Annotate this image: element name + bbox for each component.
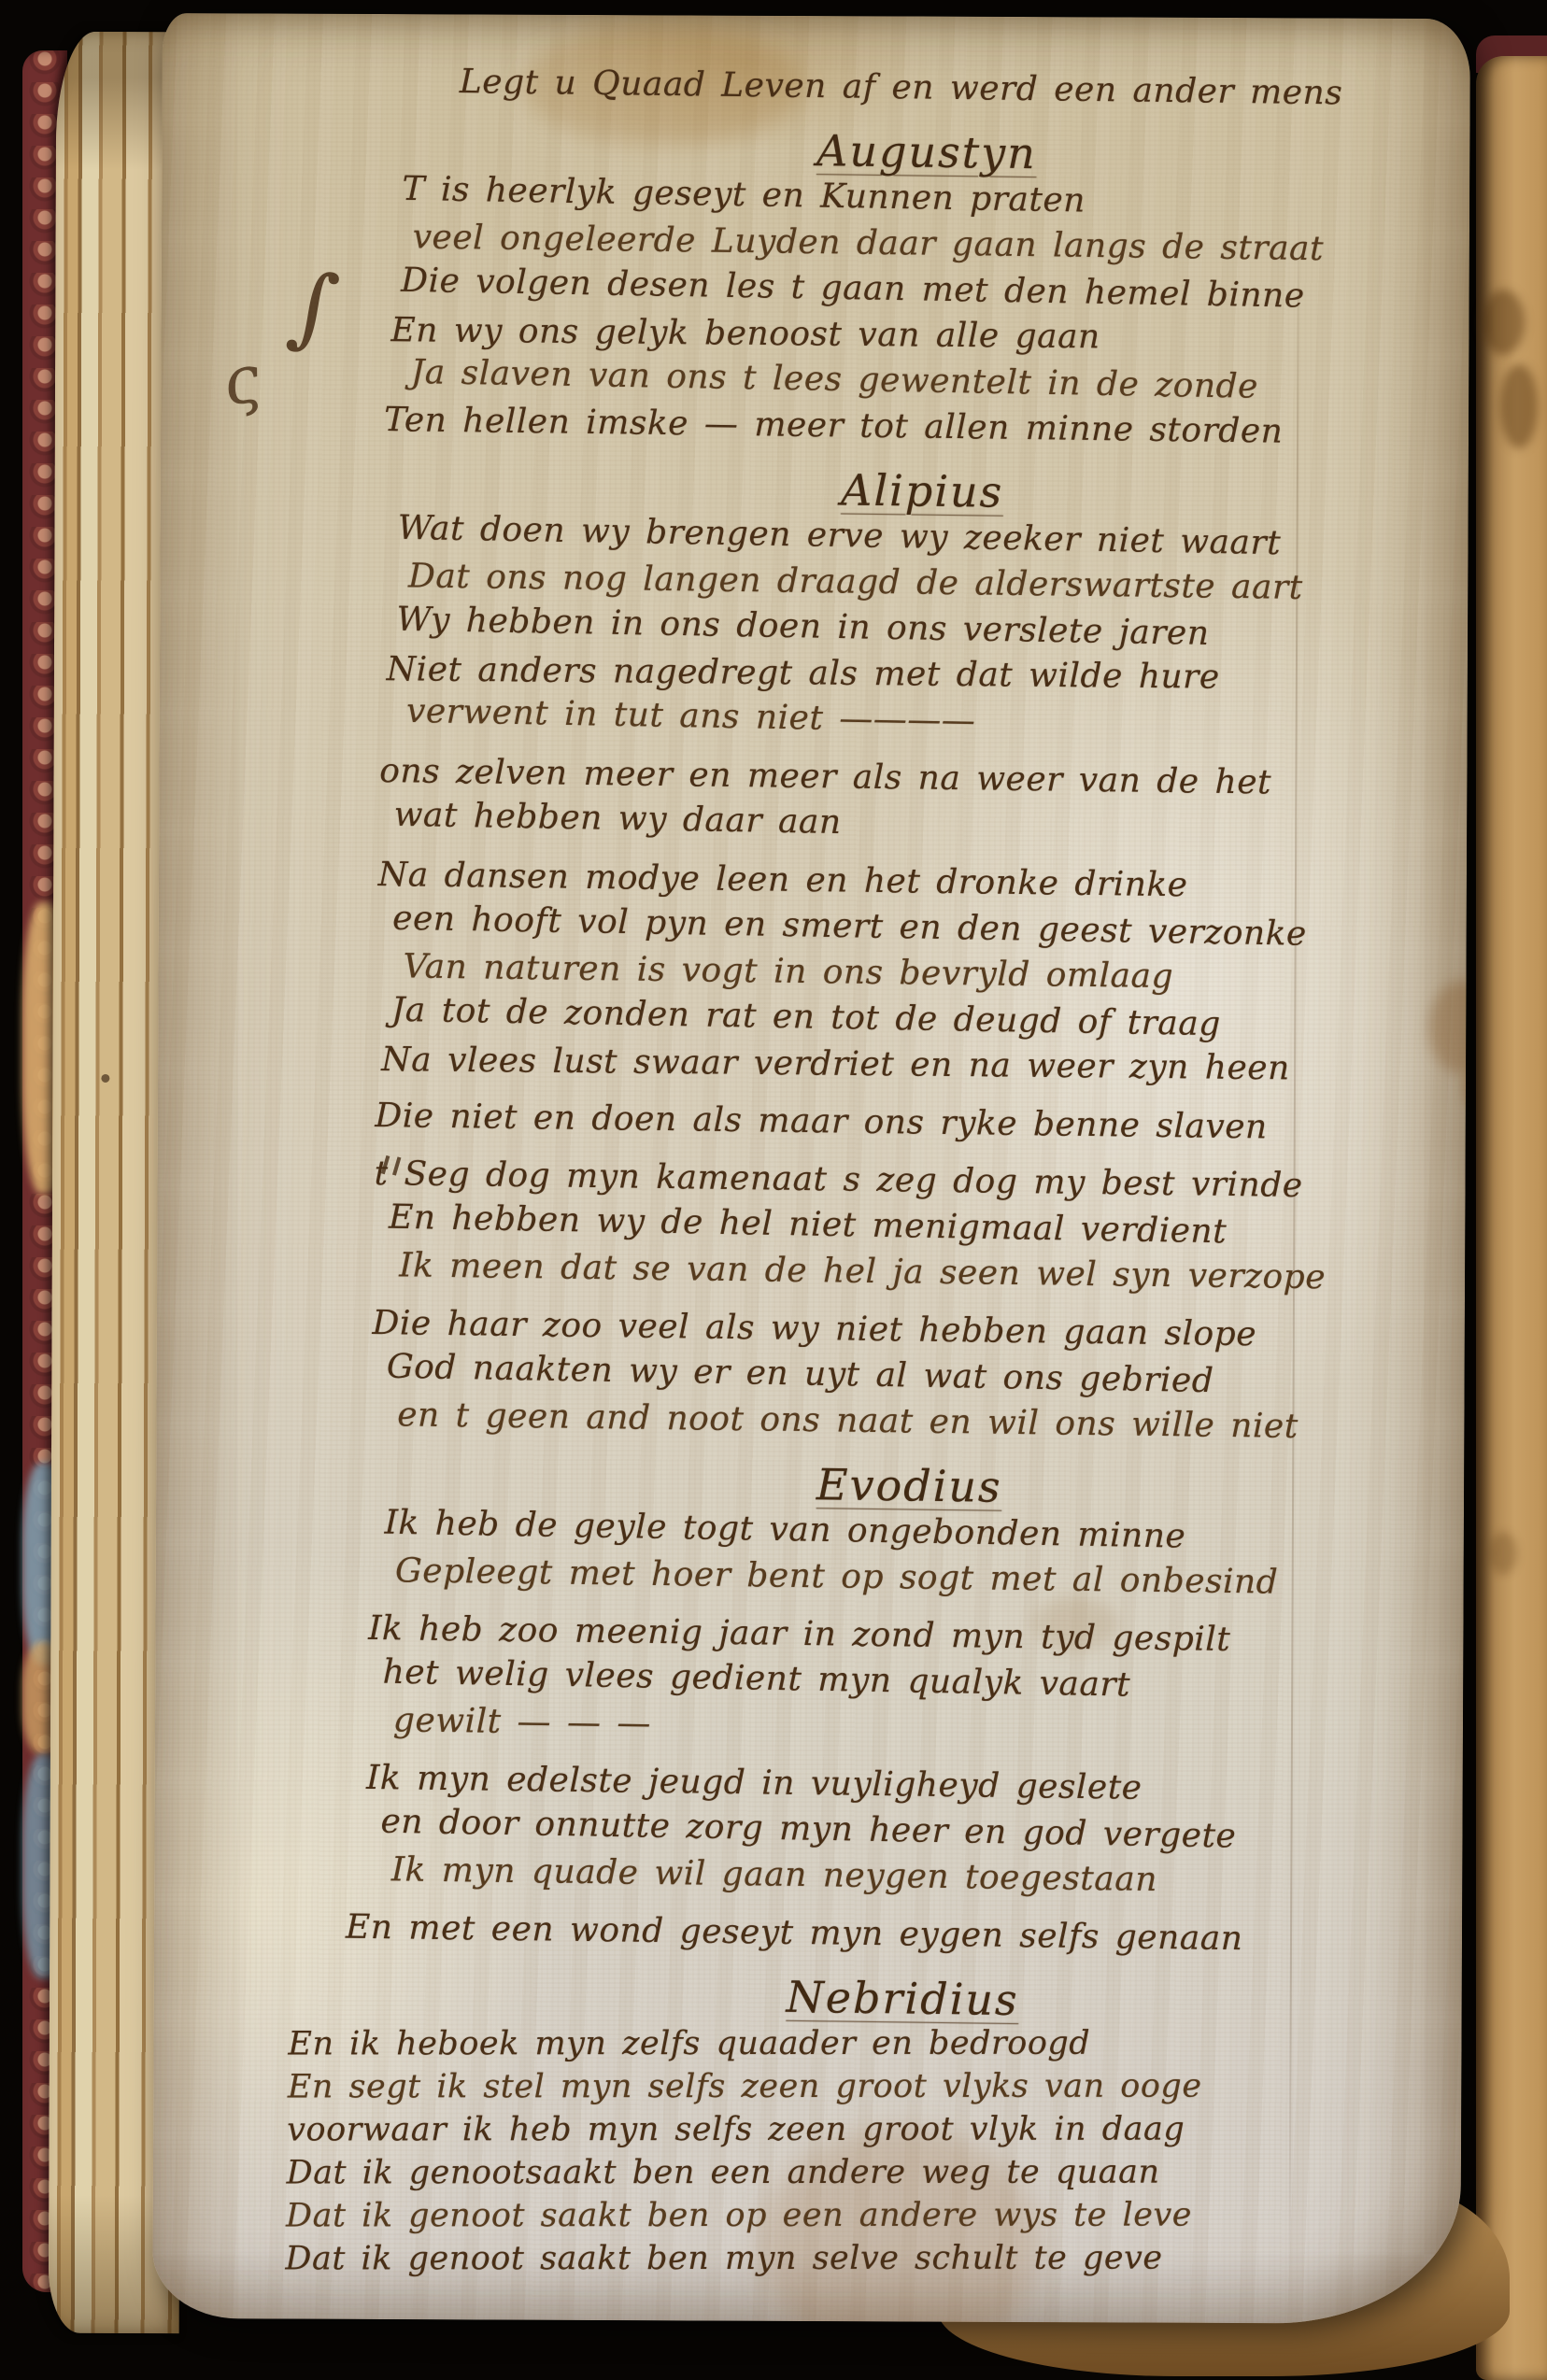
facing-page-edge bbox=[1476, 56, 1547, 2380]
text-block: Legt u Quaad Leven af en werd een ander … bbox=[360, 62, 1467, 2302]
section-header-text: Alipius bbox=[841, 464, 1004, 517]
manuscript-section: EvodiusIk heb de geyle togt van ongebond… bbox=[369, 1453, 1449, 1611]
section-header: Nebridius bbox=[363, 1966, 1442, 2033]
manuscript-line: Legt u Quaad Leven af en werd een ander … bbox=[460, 63, 1468, 121]
page-stain bbox=[1482, 290, 1525, 355]
margin-pen-flourish: ∫ bbox=[283, 252, 345, 362]
section-header-text: Augustyn bbox=[816, 125, 1037, 178]
page-stain bbox=[1500, 364, 1538, 448]
manuscript-line: Dat ik genoot saakt ben op een andere wy… bbox=[286, 2196, 1439, 2240]
manuscript-photo: ∫ ς Legt u Quaad Leven af en werd een an… bbox=[0, 0, 1547, 2380]
manuscript-section: Ik myn edelste jeugd in vuyligheyd gesle… bbox=[364, 1759, 1444, 1910]
ink-dot bbox=[101, 1074, 109, 1083]
manuscript-line: voorwaar ik heb myn selfs zeen groot vly… bbox=[287, 2110, 1440, 2154]
manuscript-section: En met een wond geseyt myn eygen selfs g… bbox=[364, 1908, 1443, 1968]
paper-stain bbox=[1462, 1065, 1470, 1112]
manuscript-section: AugustynT is heerlyk geseyt en Kunnen pr… bbox=[384, 120, 1466, 460]
manuscript-line: En met een wond geseyt myn eygen selfs g… bbox=[346, 1908, 1443, 1968]
margin-pen-flourish: ς bbox=[215, 339, 266, 421]
manuscript-section: Ik heb zoo meenig jaar in zond myn tyd g… bbox=[367, 1609, 1447, 1761]
manuscript-line: En segt ik stel myn selfs zeen groot vly… bbox=[288, 2067, 1441, 2111]
manuscript-section: Die haar zoo veel als wy niet hebben gaa… bbox=[371, 1304, 1451, 1455]
manuscript-section: Legt u Quaad Leven af en werd een ander … bbox=[389, 62, 1468, 121]
manuscript-section: AlipiusWat doen wy brengen erve wy zeeke… bbox=[380, 459, 1462, 754]
manuscript-section: Die niet en doen als maar ons ryke benne… bbox=[375, 1097, 1454, 1156]
manuscript-section: t Seg dog myn kamenaat s zeg dog my best… bbox=[373, 1155, 1453, 1306]
page-stain bbox=[1489, 1532, 1517, 1575]
section-header-text: Evodius bbox=[816, 1459, 1002, 1512]
manuscript-line: Die niet en doen als maar ons ryke benne… bbox=[375, 1097, 1454, 1156]
section-header-text: Nebridius bbox=[786, 1972, 1019, 2025]
manuscript-section: NebridiusEn ik heboek myn zelfs quaader … bbox=[360, 1966, 1441, 2290]
manuscript-line: Dat ik genoot saakt ben myn selve schult… bbox=[285, 2239, 1438, 2283]
manuscript-line: En ik heboek myn zelfs quaader en bedroo… bbox=[288, 2024, 1441, 2068]
manuscript-line: Dat ik genootsaakt ben een andere weg te… bbox=[287, 2153, 1440, 2197]
manuscript-page: ∫ ς Legt u Quaad Leven af en werd een an… bbox=[152, 13, 1470, 2324]
